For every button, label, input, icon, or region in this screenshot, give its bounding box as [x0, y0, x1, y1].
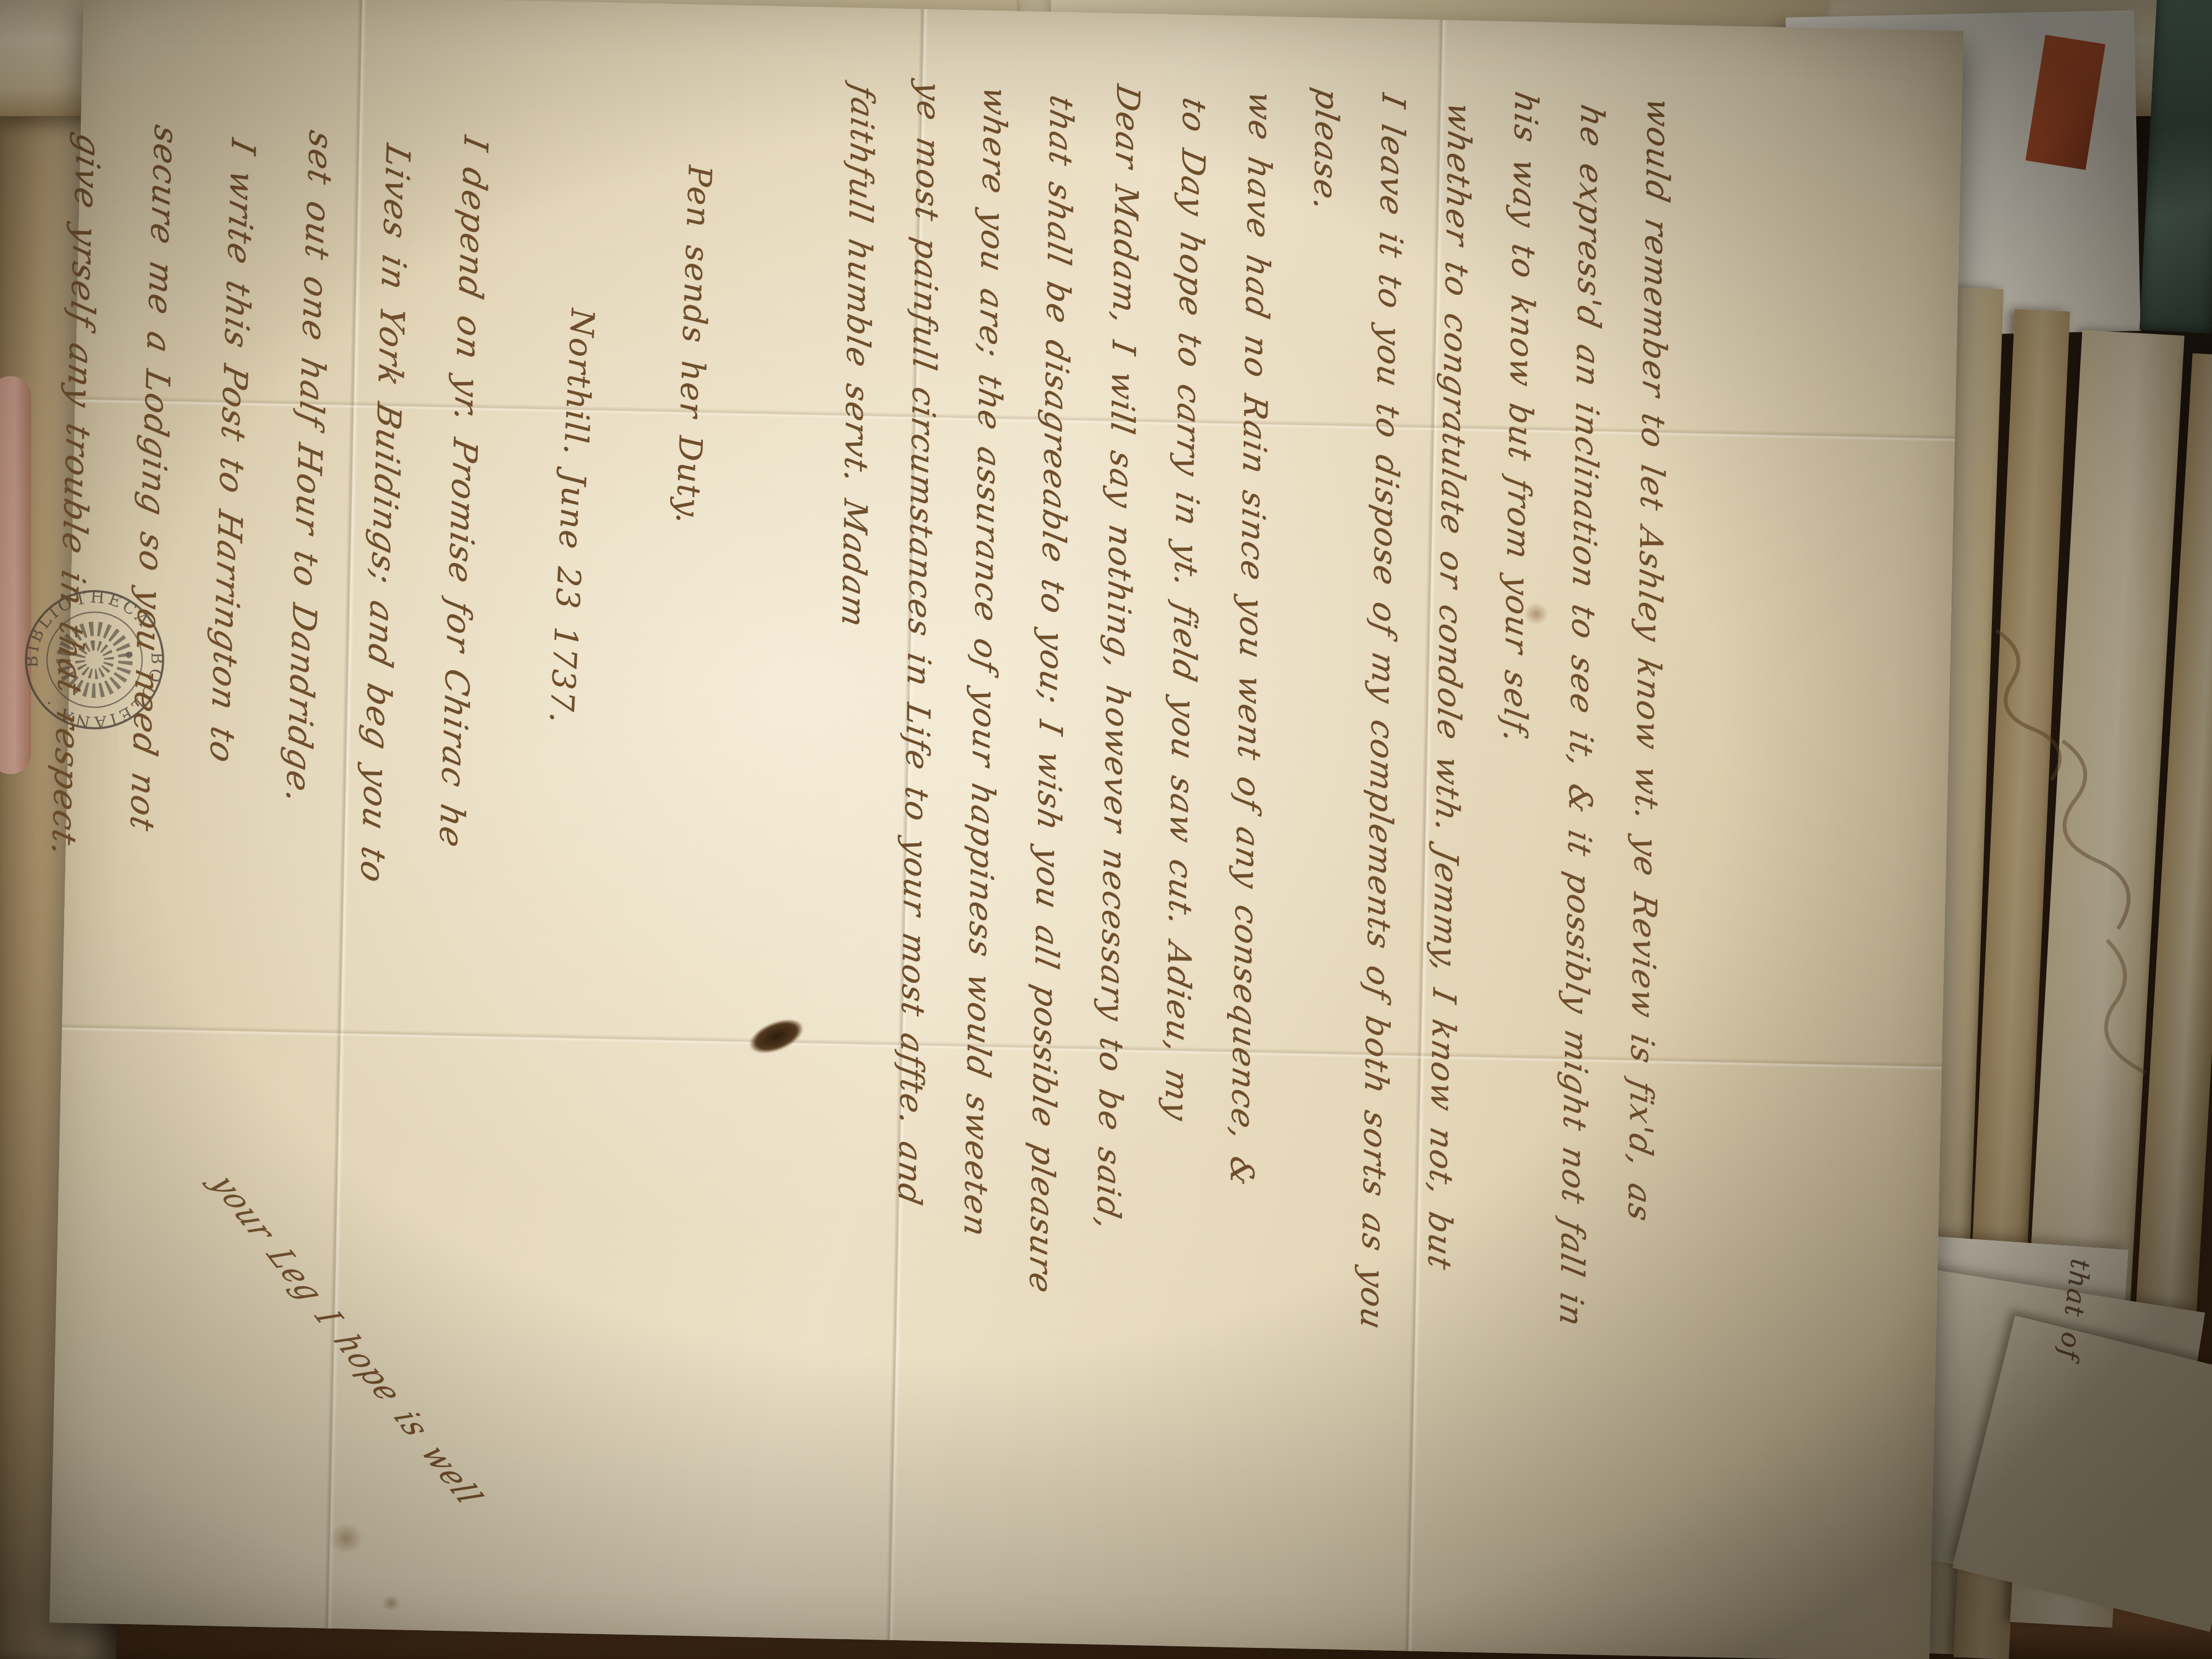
archive-photo: that of BIBLIOTHECA · BODLEIANA · would …	[0, 0, 2212, 1659]
finger-holding-pages	[0, 376, 31, 774]
paper-stain	[382, 1595, 400, 1611]
underpage-writing-squiggles	[1974, 597, 2195, 1150]
paper-stain	[330, 1523, 363, 1554]
postscript-block: I depend on yr. Promise for Chirac he Li…	[24, 122, 514, 876]
letter-body: would remember to let Ashley know wt. ye…	[808, 85, 1692, 1335]
